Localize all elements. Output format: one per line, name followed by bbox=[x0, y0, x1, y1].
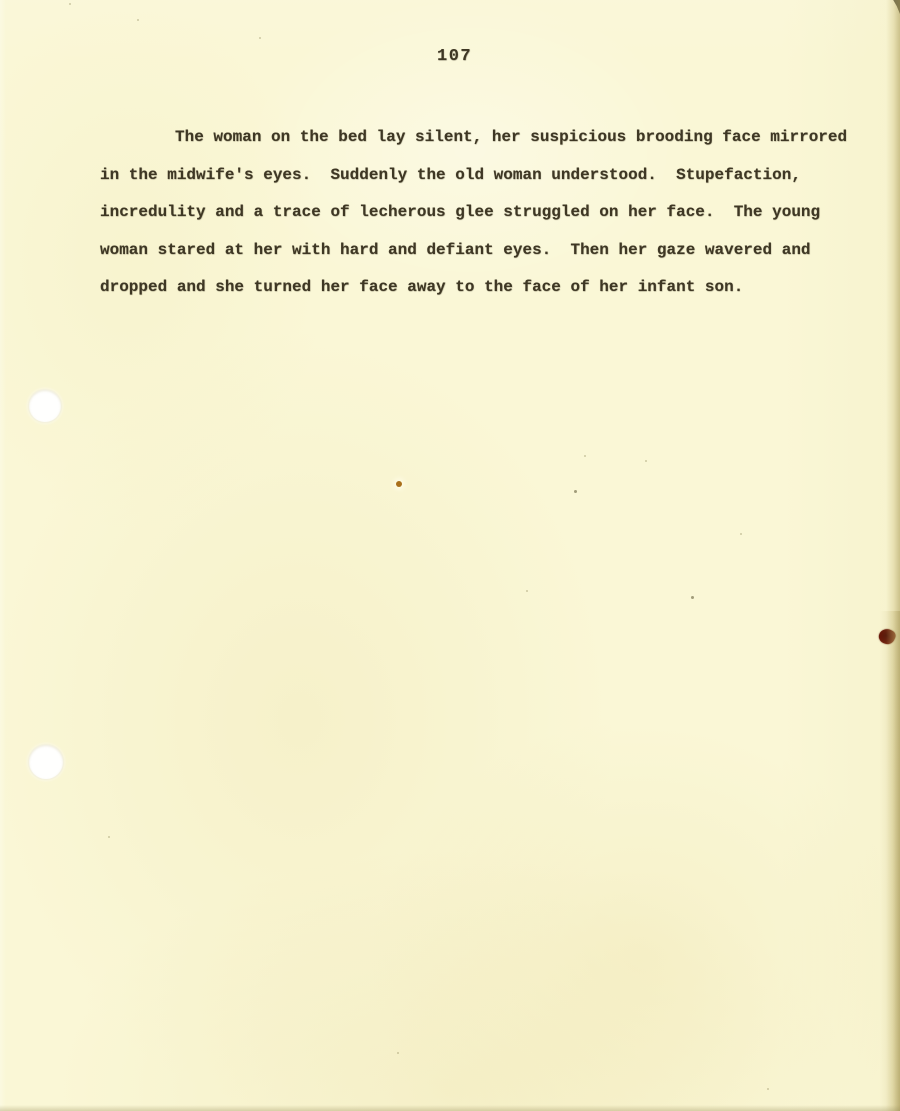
paper-speck bbox=[137, 19, 139, 21]
paper-speck bbox=[574, 490, 577, 493]
paragraph-line: woman stared at her with hard and defian… bbox=[100, 232, 870, 270]
scanned-typewritten-page: 107 The woman on the bed lay silent, her… bbox=[0, 0, 900, 1111]
paper-speck bbox=[259, 37, 261, 39]
paper-speck bbox=[584, 455, 586, 457]
paper-speck bbox=[645, 460, 647, 462]
page-edge-left bbox=[0, 0, 6, 1111]
paragraph-line: The woman on the bed lay silent, her sus… bbox=[100, 119, 870, 157]
paragraph-line: in the midwife's eyes. Suddenly the old … bbox=[100, 157, 870, 195]
page-edge-right-lower bbox=[880, 611, 900, 1111]
paragraph-line: dropped and she turned her face away to … bbox=[100, 269, 870, 307]
punch-hole bbox=[29, 390, 61, 422]
ink-stain bbox=[877, 626, 898, 646]
page-edge-bottom bbox=[0, 1105, 900, 1111]
paper-speck bbox=[526, 590, 528, 592]
paper-speck bbox=[397, 1052, 399, 1054]
orange-speck-stain bbox=[396, 481, 402, 487]
paper-speck bbox=[740, 533, 742, 535]
scan-corner-mark bbox=[892, 0, 900, 14]
paper-speck bbox=[691, 596, 694, 599]
paragraph-line: incredulity and a trace of lecherous gle… bbox=[100, 194, 870, 232]
paper-speck bbox=[108, 836, 110, 838]
punch-hole bbox=[29, 745, 63, 779]
paper-speck bbox=[767, 1088, 769, 1090]
page-edge-right bbox=[886, 0, 900, 1111]
paper-speck bbox=[69, 3, 71, 5]
page-number: 107 bbox=[437, 47, 472, 66]
body-paragraph: The woman on the bed lay silent, her sus… bbox=[100, 119, 870, 307]
